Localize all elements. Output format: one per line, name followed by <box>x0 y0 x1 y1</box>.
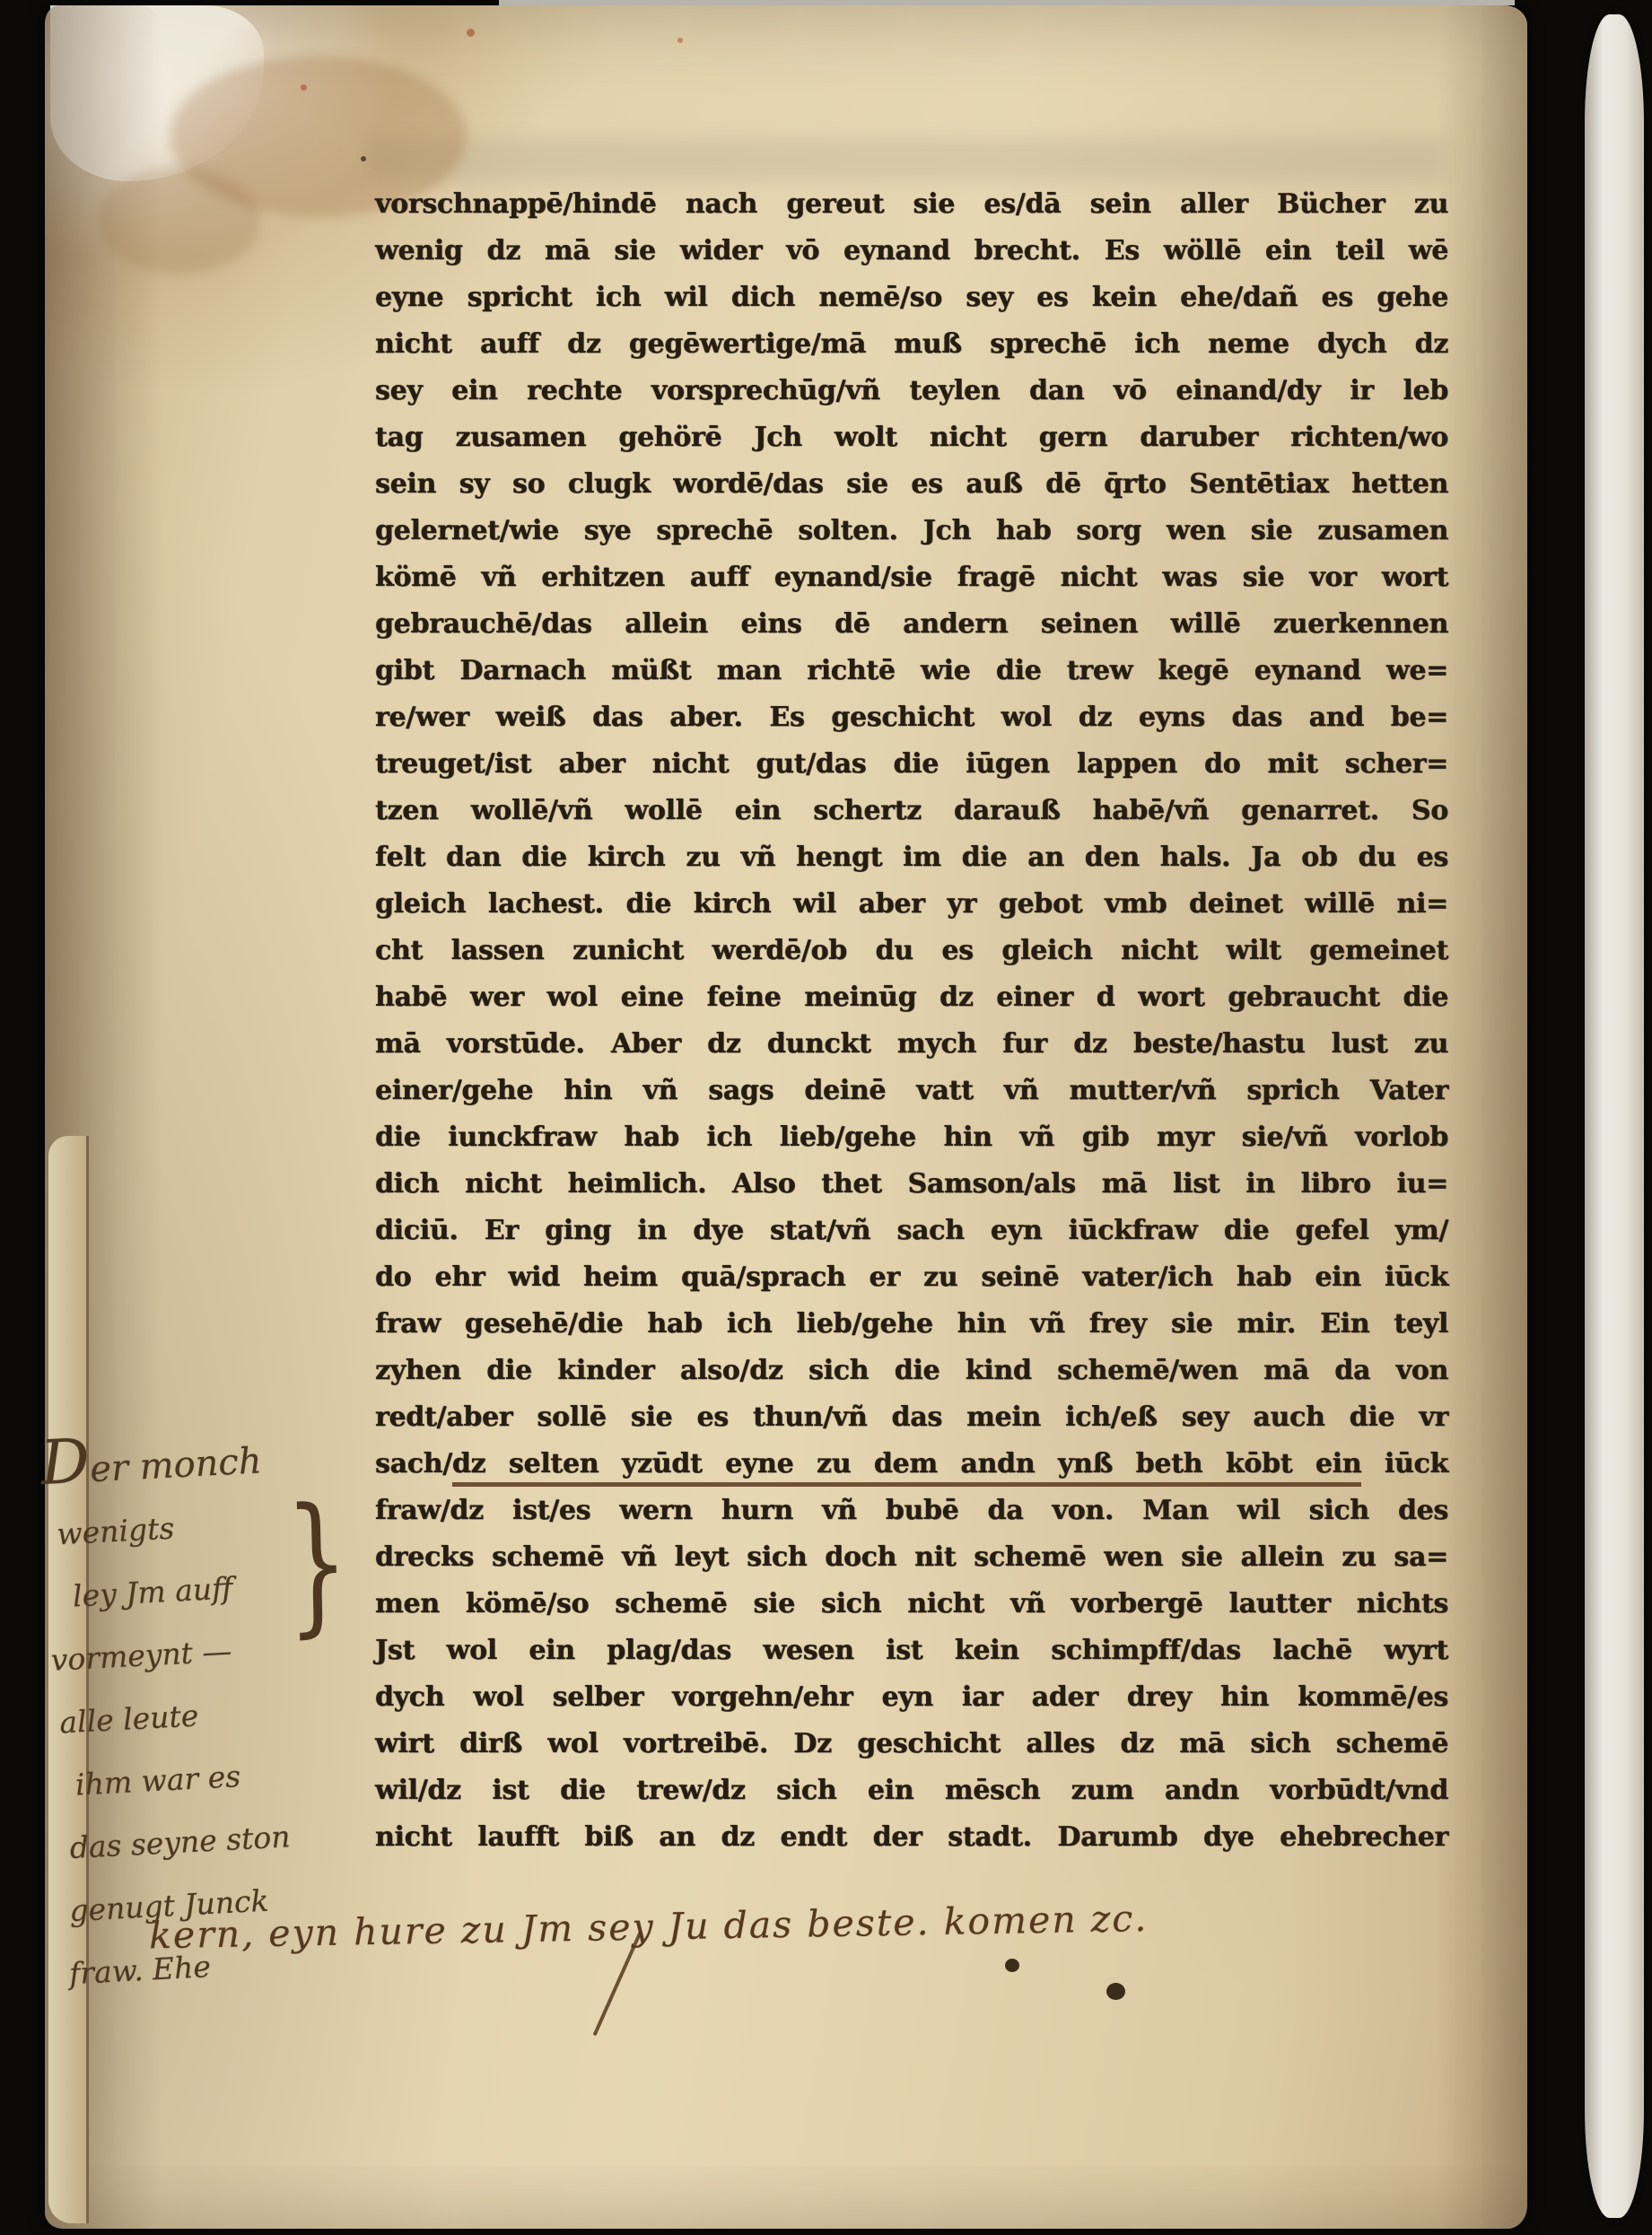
printed-lines-lower: fraw/dz ist/es wern hurn vñ bubē da von.… <box>375 1488 1448 1861</box>
brown-stain <box>99 167 260 275</box>
printed-line: vorschnappē/hindē nach gereut sie es/dā … <box>375 181 1448 228</box>
scanned-book-photo: vorschnappē/hindē nach gereut sie es/dā … <box>0 0 1652 2235</box>
printed-line: Jst wol ein plag/das wesen ist kein schi… <box>375 1628 1448 1674</box>
printed-text-block: vorschnappē/hindē nach gereut sie es/dā … <box>375 181 1448 1861</box>
printed-line: felt dan die kirch zu vñ hengt im die an… <box>375 834 1448 881</box>
printed-line: treuget/ist aber nicht gut/das die iūgen… <box>375 741 1448 788</box>
printed-line: die iunckfraw hab ich lieb/gehe hin vñ g… <box>375 1114 1448 1161</box>
printed-line: kömē vñ erhitzen auff eynand/sie fragē n… <box>375 554 1448 601</box>
book-fore-edge <box>1585 14 1644 2218</box>
printed-line: eyne spricht ich wil dich nemē/so sey es… <box>375 275 1448 321</box>
printed-line: dich nicht heimlich. Also thet Samson/al… <box>375 1161 1448 1208</box>
printed-line: dych wol selber vorgehn/ehr eyn iar ader… <box>375 1674 1448 1721</box>
underline-pre-text: sach/ <box>375 1448 452 1480</box>
book-page: vorschnappē/hindē nach gereut sie es/dā … <box>45 5 1527 2229</box>
printed-line: diciū. Er ging in dye stat/vñ sach eyn i… <box>375 1208 1448 1254</box>
ink-blot <box>1005 1959 1019 1972</box>
printed-line: drecks schemē vñ leyt sich doch nit sche… <box>375 1534 1448 1581</box>
ink-speck <box>361 156 366 162</box>
printed-line: tag zusamen gehörē Jch wolt nicht gern d… <box>375 415 1448 461</box>
printed-line: cht lassen zunicht werdē/ob du es gleich… <box>375 928 1448 974</box>
scan-top-edge <box>499 0 1515 5</box>
printed-line: gebrauchē/das allein eins dē andern sein… <box>375 601 1448 648</box>
printed-line: gleich lachest. die kirch wil aber yr ge… <box>375 881 1448 928</box>
printed-line: zyhen die kinder also/dz sich die kind s… <box>375 1348 1448 1394</box>
printed-line: tzen wollē/vñ wollē ein schertz darauß h… <box>375 788 1448 834</box>
printed-line: redt/aber sollē sie es thun/vñ das mein … <box>375 1394 1448 1441</box>
margin-brace-mark: } <box>284 1486 350 1640</box>
printed-line: wenig dz mā sie wider vō eynand brecht. … <box>375 228 1448 275</box>
printed-line: do ehr wid heim quā/sprach er zu seinē v… <box>375 1254 1448 1301</box>
ink-blot <box>1106 1983 1125 2000</box>
underlined-passage: dz selten yzūdt eyne zu dem andn ynß bet… <box>452 1448 1361 1487</box>
printed-line: nicht auff dz gegēwertige/mā muß sprechē… <box>375 321 1448 368</box>
printed-line: wil/dz ist die trew/dz sich ein mēsch zu… <box>375 1768 1448 1814</box>
printed-line: fraw/dz ist/es wern hurn vñ bubē da von.… <box>375 1488 1448 1534</box>
printed-line: sein sy so clugk wordē/das sie es auß dē… <box>375 461 1448 508</box>
printed-line: wirt dirß wol vortreibē. Dz geschicht al… <box>375 1721 1448 1768</box>
printed-line: gibt Darnach müßt man richtē wie die tre… <box>375 648 1448 694</box>
printed-line: fraw gesehē/die hab ich lieb/gehe hin vñ… <box>375 1301 1448 1348</box>
page-edge-shadow <box>1438 5 1527 2229</box>
underline-post-text: iūck <box>1361 1448 1448 1480</box>
printed-line: nicht laufft biß an dz endt der stadt. D… <box>375 1814 1448 1861</box>
show-through-band <box>368 138 1445 181</box>
printed-line: mā vorstūde. Aber dz dunckt mych fur dz … <box>375 1021 1448 1068</box>
printed-line: gelernet/wie sye sprechē solten. Jch hab… <box>375 508 1448 554</box>
printed-lines-upper: vorschnappē/hindē nach gereut sie es/dā … <box>375 181 1448 1441</box>
red-speck <box>467 29 475 37</box>
printed-line: sey ein rechte vorsprechūg/vñ teylen dan… <box>375 368 1448 415</box>
red-speck <box>301 84 307 91</box>
printed-line: men kömē/so schemē sie sich nicht vñ vor… <box>375 1581 1448 1628</box>
printed-line: re/wer weiß das aber. Es geschicht wol d… <box>375 694 1448 741</box>
printed-line-with-underline: sach/dz selten yzūdt eyne zu dem andn yn… <box>375 1441 1448 1488</box>
red-speck <box>677 38 683 43</box>
printed-line: habē wer wol eine feine meinūg dz einer … <box>375 974 1448 1021</box>
printed-line: einer/gehe hin vñ sags deinē vatt vñ mut… <box>375 1068 1448 1114</box>
